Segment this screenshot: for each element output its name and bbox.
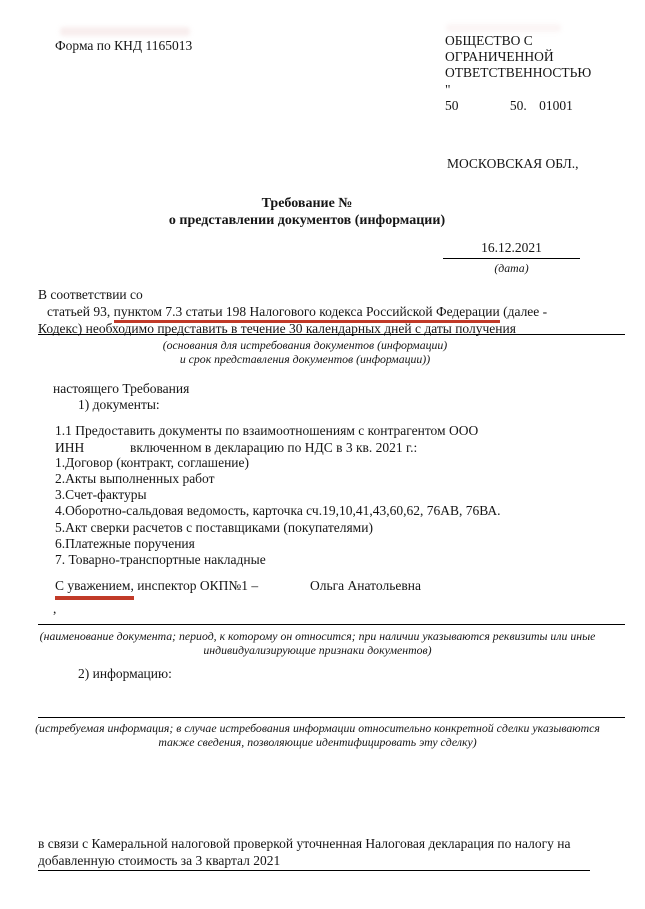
documents-caption-line2: индивидуализирующие признаки документов) xyxy=(30,643,605,658)
clause-1-1-line1: 1.1 Предоставить документы по взаимоотно… xyxy=(55,423,478,439)
basis-caption-line1: (основания для истребования документов (… xyxy=(20,338,590,353)
recipient-name-line: ОГРАНИЧЕННОЙ xyxy=(445,49,643,65)
footer-rule xyxy=(38,870,590,871)
footer-line1: в связи с Камеральной налоговой проверко… xyxy=(38,836,570,852)
signature-greeting: С уважением, xyxy=(55,578,134,600)
documents-caption-line1: (наименование документа; период, к котор… xyxy=(30,629,605,644)
date-rule xyxy=(443,258,580,259)
basis-line1: В соответствии со xyxy=(38,287,143,303)
information-caption-line2: также сведения, позволяющие идентифициро… xyxy=(30,735,605,750)
redaction-smudge xyxy=(446,24,561,32)
basis-line2: статьей 93, пунктом 7.3 статьи 198 Налог… xyxy=(47,304,547,320)
document-items-list: 1.Договор (контракт, соглашение) 2.Акты … xyxy=(55,455,500,568)
document-item: 5.Акт сверки расчетов с поставщиками (по… xyxy=(55,520,500,536)
body-intro-line2: 1) документы: xyxy=(78,397,160,413)
document-item: 4.Оборотно-сальдовая ведомость, карточка… xyxy=(55,503,500,519)
document-title-line1: Требование № xyxy=(0,196,614,213)
signature-line: С уважением, инспектор ОКП№1 – xyxy=(55,578,258,594)
information-rule xyxy=(38,717,625,718)
document-item: 6.Платежные поручения xyxy=(55,536,500,552)
recipient-name-line: ОБЩЕСТВО С xyxy=(445,33,643,49)
signature-name: Ольга Анатольевна xyxy=(310,578,421,594)
inn-fragment: 50 xyxy=(445,98,459,114)
clause-1-1-inn-label: ИНН xyxy=(55,440,84,456)
redaction-smudge xyxy=(60,27,190,36)
footer-line2: добавленную стоимость за 3 квартал 2021 xyxy=(38,853,280,869)
signature-position: инспектор ОКП№1 – xyxy=(134,578,258,593)
stray-comma: , xyxy=(53,601,56,617)
document-item: 7. Товарно-транспортные накладные xyxy=(55,552,500,568)
document-title: Требование № о представлении документов … xyxy=(0,196,614,229)
recipient-block: ОБЩЕСТВО С ОГРАНИЧЕННОЙ ОТВЕТСТВЕННОСТЬЮ… xyxy=(445,33,643,114)
document-item: 2.Акты выполненных работ xyxy=(55,471,500,487)
document-item: 1.Договор (контракт, соглашение) xyxy=(55,455,500,471)
basis-rule xyxy=(38,334,625,335)
basis-caption-line2: и срок представления документов (информа… xyxy=(20,352,590,367)
date-caption: (дата) xyxy=(443,261,580,276)
date-value: 16.12.2021 xyxy=(443,240,580,256)
basis-line2-suffix: (далее - xyxy=(500,304,547,319)
kpp-code: 01001 xyxy=(539,98,573,114)
recipient-codes-row: 50 50. 01001 xyxy=(445,98,643,114)
basis-line2-prefix: статьей 93, xyxy=(47,304,114,319)
information-label: 2) информацию: xyxy=(78,666,172,682)
kpp-fragment: 50. xyxy=(510,98,527,114)
documents-rule xyxy=(38,624,625,625)
information-caption-line1: (истребуемая информация; в случае истреб… xyxy=(30,721,605,736)
recipient-name-line: ОТВЕТСТВЕННОСТЬЮ xyxy=(445,65,643,81)
document-page: Форма по КНД 1165013 ОБЩЕСТВО С ОГРАНИЧЕ… xyxy=(0,0,645,909)
document-title-line2: о представлении документов (информации) xyxy=(0,213,614,230)
document-item: 3.Счет-фактуры xyxy=(55,487,500,503)
body-intro-line1: настоящего Требования xyxy=(53,381,189,397)
form-code: Форма по КНД 1165013 xyxy=(55,38,192,54)
recipient-name-line: " xyxy=(445,82,643,98)
clause-1-1-line2: включенном в декларацию по НДС в 3 кв. 2… xyxy=(130,440,417,456)
recipient-region: МОСКОВСКАЯ ОБЛ., xyxy=(447,156,579,172)
